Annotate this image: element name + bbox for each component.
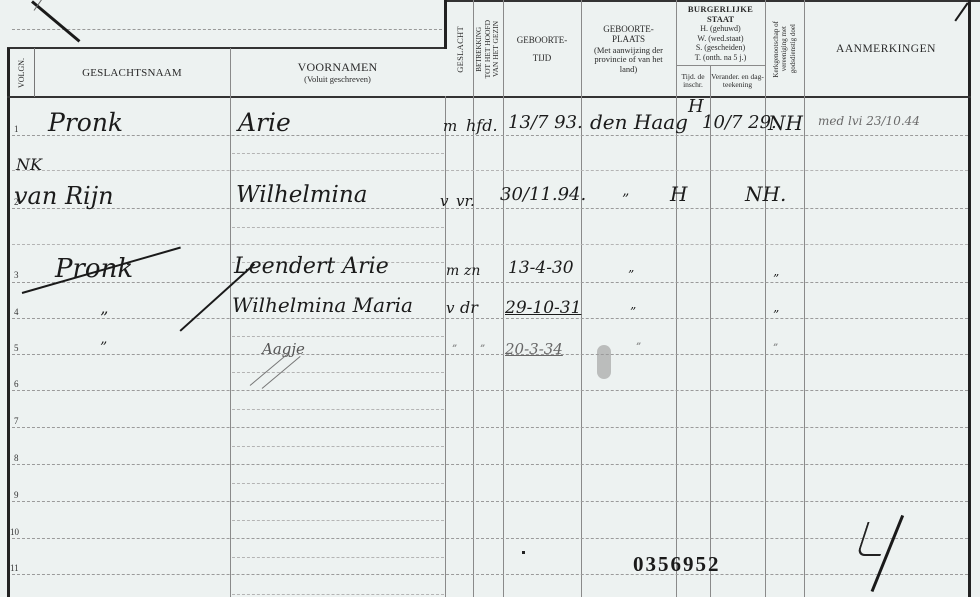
cell-burgerlijke-staat: H [670,182,687,206]
col-line [230,48,231,597]
annotation-mark: NK [16,155,42,174]
col-line [445,96,446,597]
cell-kerkgenootschap: NH. [745,182,786,206]
cell-geboortetijd: 30/11.94. [500,184,586,205]
header-geslacht: GESLACHT [447,2,473,96]
cell-geboorteplaats: ” [622,192,629,208]
cell-betrekking: zn [464,263,480,279]
header-burgerlijke-staat: BURGERLIJKE STAAT H. (gehuwd) W. (wed.st… [676,2,765,65]
sub-rule [232,409,444,410]
header-geboortetijd: GEBOORTE- TIJD [503,2,581,96]
cell-geboortetijd: 20-3-34 [505,340,563,358]
row-number: 9 [14,490,19,500]
cell-geslacht: v [440,192,448,210]
pen-stroke [31,0,80,42]
header-divider [7,96,971,98]
header-bs-verander: Verander. en dag-teekening [710,66,765,96]
sub-rule [12,170,968,171]
header-betrekking: BETREKKING TOT HET HOOFD VAN HET GEZIN [473,2,503,96]
cell-kerkgenootschap: ” [773,343,778,354]
row-number: 8 [14,453,19,463]
cell-betrekking: dr [460,298,478,317]
cell-geboortetijd: 13/7 93. [508,112,583,133]
cell-bs-verander: 10/7 29. [702,112,777,133]
row-rule [12,390,968,391]
header-voornamen: VOORNAMEN (Voluit geschreven) [230,49,445,96]
row-rule [12,574,968,575]
row-number: 6 [14,379,19,389]
cell-kerkgenootschap: ” [773,272,779,286]
cell-voornamen: Arie [238,108,291,137]
cell-betrekking: vr. [456,192,475,210]
cell-geboorteplaats: ” [628,268,634,282]
sub-rule [232,336,444,337]
row-rule [12,354,968,355]
header-bs-tijd: Tijd. de inschr. [676,66,710,96]
cell-betrekking: hfd. [466,116,498,135]
cell-geboorteplaats: ” [630,305,636,319]
family-register-card: VOLGN. GESLACHTSNAAM VOORNAMEN (Voluit g… [0,0,980,597]
sub-rule [232,483,444,484]
cell-geslachtsnaam: van Rijn [14,182,114,210]
sub-rule [232,153,444,154]
cell-betrekking: ” [480,344,485,355]
row-number: 7 [14,416,19,426]
sub-rule [232,227,444,228]
cell-geboorteplaats: den Haag [590,110,688,134]
row-rule [12,135,968,136]
cell-geslacht: v [446,299,454,317]
row-rule [12,501,968,502]
sub-rule [232,446,444,447]
ink-smudge [597,345,611,379]
serial-number-stamp: 0356952 [633,552,721,577]
row-number: 4 [14,307,19,317]
frame-border [7,48,10,597]
cell-voornamen: Wilhelmina [236,182,367,208]
cell-geboortetijd: 29-10-31 [505,298,581,318]
header-kerkgenootschap: Kerkgenootschap of vereeniging met godsd… [765,2,804,96]
cell-geboortetijd: 13-4-30 [508,258,574,278]
sub-rule [232,520,444,521]
row-rule [12,208,968,209]
cell-geslacht: m [446,263,459,279]
cell-voornamen: Leendert Arie [234,254,389,279]
ink-dot [522,551,525,554]
row-rule [12,282,968,283]
cell-voornamen: Wilhelmina Maria [232,293,413,317]
row-number: 5 [14,343,19,353]
top-dotted-rule [12,29,442,30]
cell-geboorteplaats: ” [636,342,641,353]
sub-rule [232,594,444,595]
row-rule [12,464,968,465]
cell-geslacht: m [443,117,457,135]
cell-geslachtsnaam: ” [100,308,108,327]
cell-kerkgenootschap: ” [773,308,779,322]
header-aanmerkingen: AANMERKINGEN [804,2,968,96]
cell-kerkgenootschap: NH [768,111,803,135]
row-number: 1 [14,124,19,134]
header-geboorteplaats: GEBOORTE- PLAATS (Met aanwijzing der pro… [581,2,676,96]
cell-geslachtsnaam: Pronk [48,108,123,137]
row-rule [12,318,968,319]
header-volgn: VOLGN. [10,49,34,96]
sub-rule [232,557,444,558]
row-rule [12,427,968,428]
row-number: 10 [10,527,19,537]
cell-geslacht: ” [452,344,457,355]
col-line [710,66,711,597]
row-number: 3 [14,270,19,280]
sub-rule [12,244,968,245]
header-geslachtsnaam: GESLACHTSNAAM [34,49,230,96]
frame-border [968,0,971,597]
cell-geslachtsnaam: ” [100,340,107,356]
row-rule [12,538,968,539]
cell-aanmerkingen: med lvi 23/10.44 [818,114,920,128]
row-number: 11 [10,563,19,573]
